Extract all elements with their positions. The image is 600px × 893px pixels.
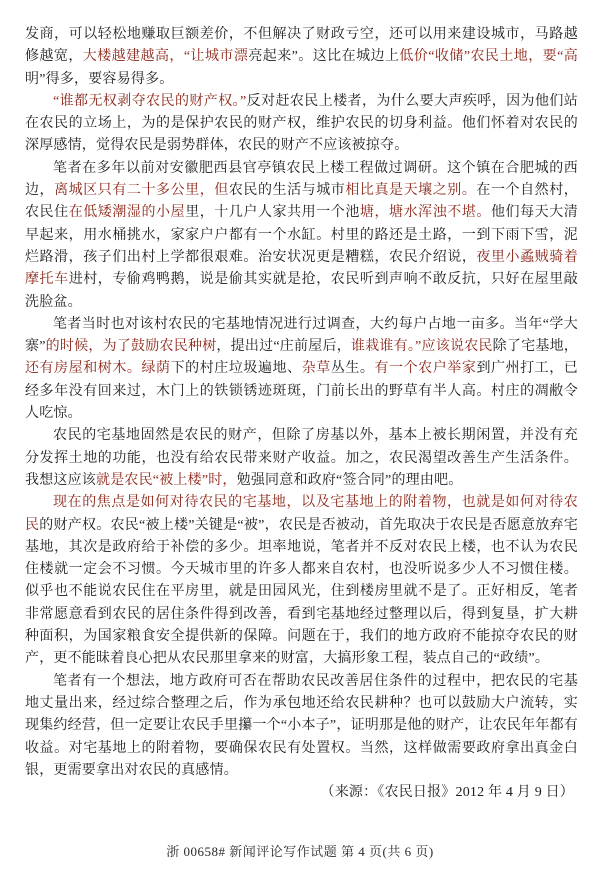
highlighted-text-segment: 的时候，为了鼓励农民种树 — [46, 339, 217, 354]
page-footer: 浙 00658# 新闻评论写作试题 第 4 页(共 6 页) — [0, 841, 600, 863]
highlighted-text-segment: 离城区只有二十多公里，但 — [54, 183, 229, 198]
exam-page: 发商，可以轻松地赚取巨额差价，不但解决了财政亏空，还可以用来建设城市，马路越修越… — [0, 0, 600, 893]
text-segment: 进村，专偷鸡鸭鹅，说是偷其实就是抢，农民听到声响不敢反抗，只好在屋里敲洗脸盆。 — [25, 272, 578, 309]
highlighted-text-segment: 就是农民“被上楼”时， — [96, 473, 237, 488]
paragraph-4: 笔者当时也对该村农民的宅基地情况进行过调查，大约每户占地一亩多。当年“学大寨”的… — [25, 314, 578, 425]
paragraph-1: 发商，可以轻松地赚取巨额差价，不但解决了财政亏空，还可以用来建设城市，马路越修越… — [25, 24, 578, 91]
paragraph-7: 笔者有一个想法，地方政府可否在帮助农民改善居住条件的过程中，把农民的宅基地丈量出… — [25, 671, 578, 782]
text-segment: 农民的生活与城市 — [229, 183, 346, 198]
text-segment: 里，十几户人家共用一个池 — [185, 205, 360, 220]
text-segment: 除了宅基地， — [493, 339, 578, 354]
text-segment: 亮起来”。这比在城边上 — [248, 49, 399, 64]
highlighted-text-segment: “谁都无权剥夺农民的财产权。” — [53, 94, 246, 109]
text-segment: 的财产权。农民“被上楼”关键是“被”，农民是否被动，首先取决于农民是否愿意放弃宅… — [25, 518, 578, 667]
highlighted-text-segment: 相比真是天壤之别。 — [345, 183, 476, 198]
highlighted-text-segment: 有一个农户举家 — [375, 361, 477, 376]
document-body: 发商，可以轻松地赚取巨额差价，不但解决了财政亏空，还可以用来建设城市，马路越修越… — [25, 24, 578, 782]
highlighted-text-segment: 杂草 — [302, 361, 331, 376]
text-segment: 下的村庄垃圾遍地、 — [171, 361, 302, 376]
highlighted-text-segment: 在低矮潮湿的小屋 — [69, 205, 186, 220]
text-segment: 明”得多，要容易得多。 — [25, 72, 173, 87]
paragraph-3: 笔者在多年以前对安徽肥西县官亭镇农民上楼工程做过调研。这个镇在合肥城的西边，离城… — [25, 158, 578, 314]
highlighted-text-segment: 大楼越建越高，“让城市漂 — [83, 49, 249, 64]
paragraph-5: 农民的宅基地固然是农民的财产，但除了房基以外，基本上被长期闲置，并没有充分发挥土… — [25, 425, 578, 492]
source-attribution: （来源：《农民日报》2012 年 4 月 9 日） — [25, 782, 578, 804]
paragraph-6: 现在的焦点是如何对待农民的宅基地，以及宅基地上的附着物，也就是如何对待农民的财产… — [25, 492, 578, 670]
text-segment: 笔者有一个想法，地方政府可否在帮助农民改善居住条件的过程中，把农民的宅基地丈量出… — [25, 674, 578, 778]
highlighted-text-segment: 低价“收储”农民土地，要“高 — [399, 49, 578, 64]
highlighted-text-segment: 还有房屋和树木。绿荫 — [25, 361, 171, 376]
highlighted-text-segment: 谁栽谁有。”应该说农民 — [351, 339, 493, 354]
text-segment: ，提出过“庄前屋后， — [216, 339, 351, 354]
text-segment: 勉强同意和政府“签合同”的理由吧。 — [237, 473, 463, 488]
paragraph-2: “谁都无权剥夺农民的财产权。”反对赶农民上楼者，为什么要大声疾呼，因为他们站在农… — [25, 91, 578, 158]
text-segment: 丛生。 — [331, 361, 375, 376]
highlighted-text-segment: 塘，塘水浑浊不堪。 — [360, 205, 491, 220]
